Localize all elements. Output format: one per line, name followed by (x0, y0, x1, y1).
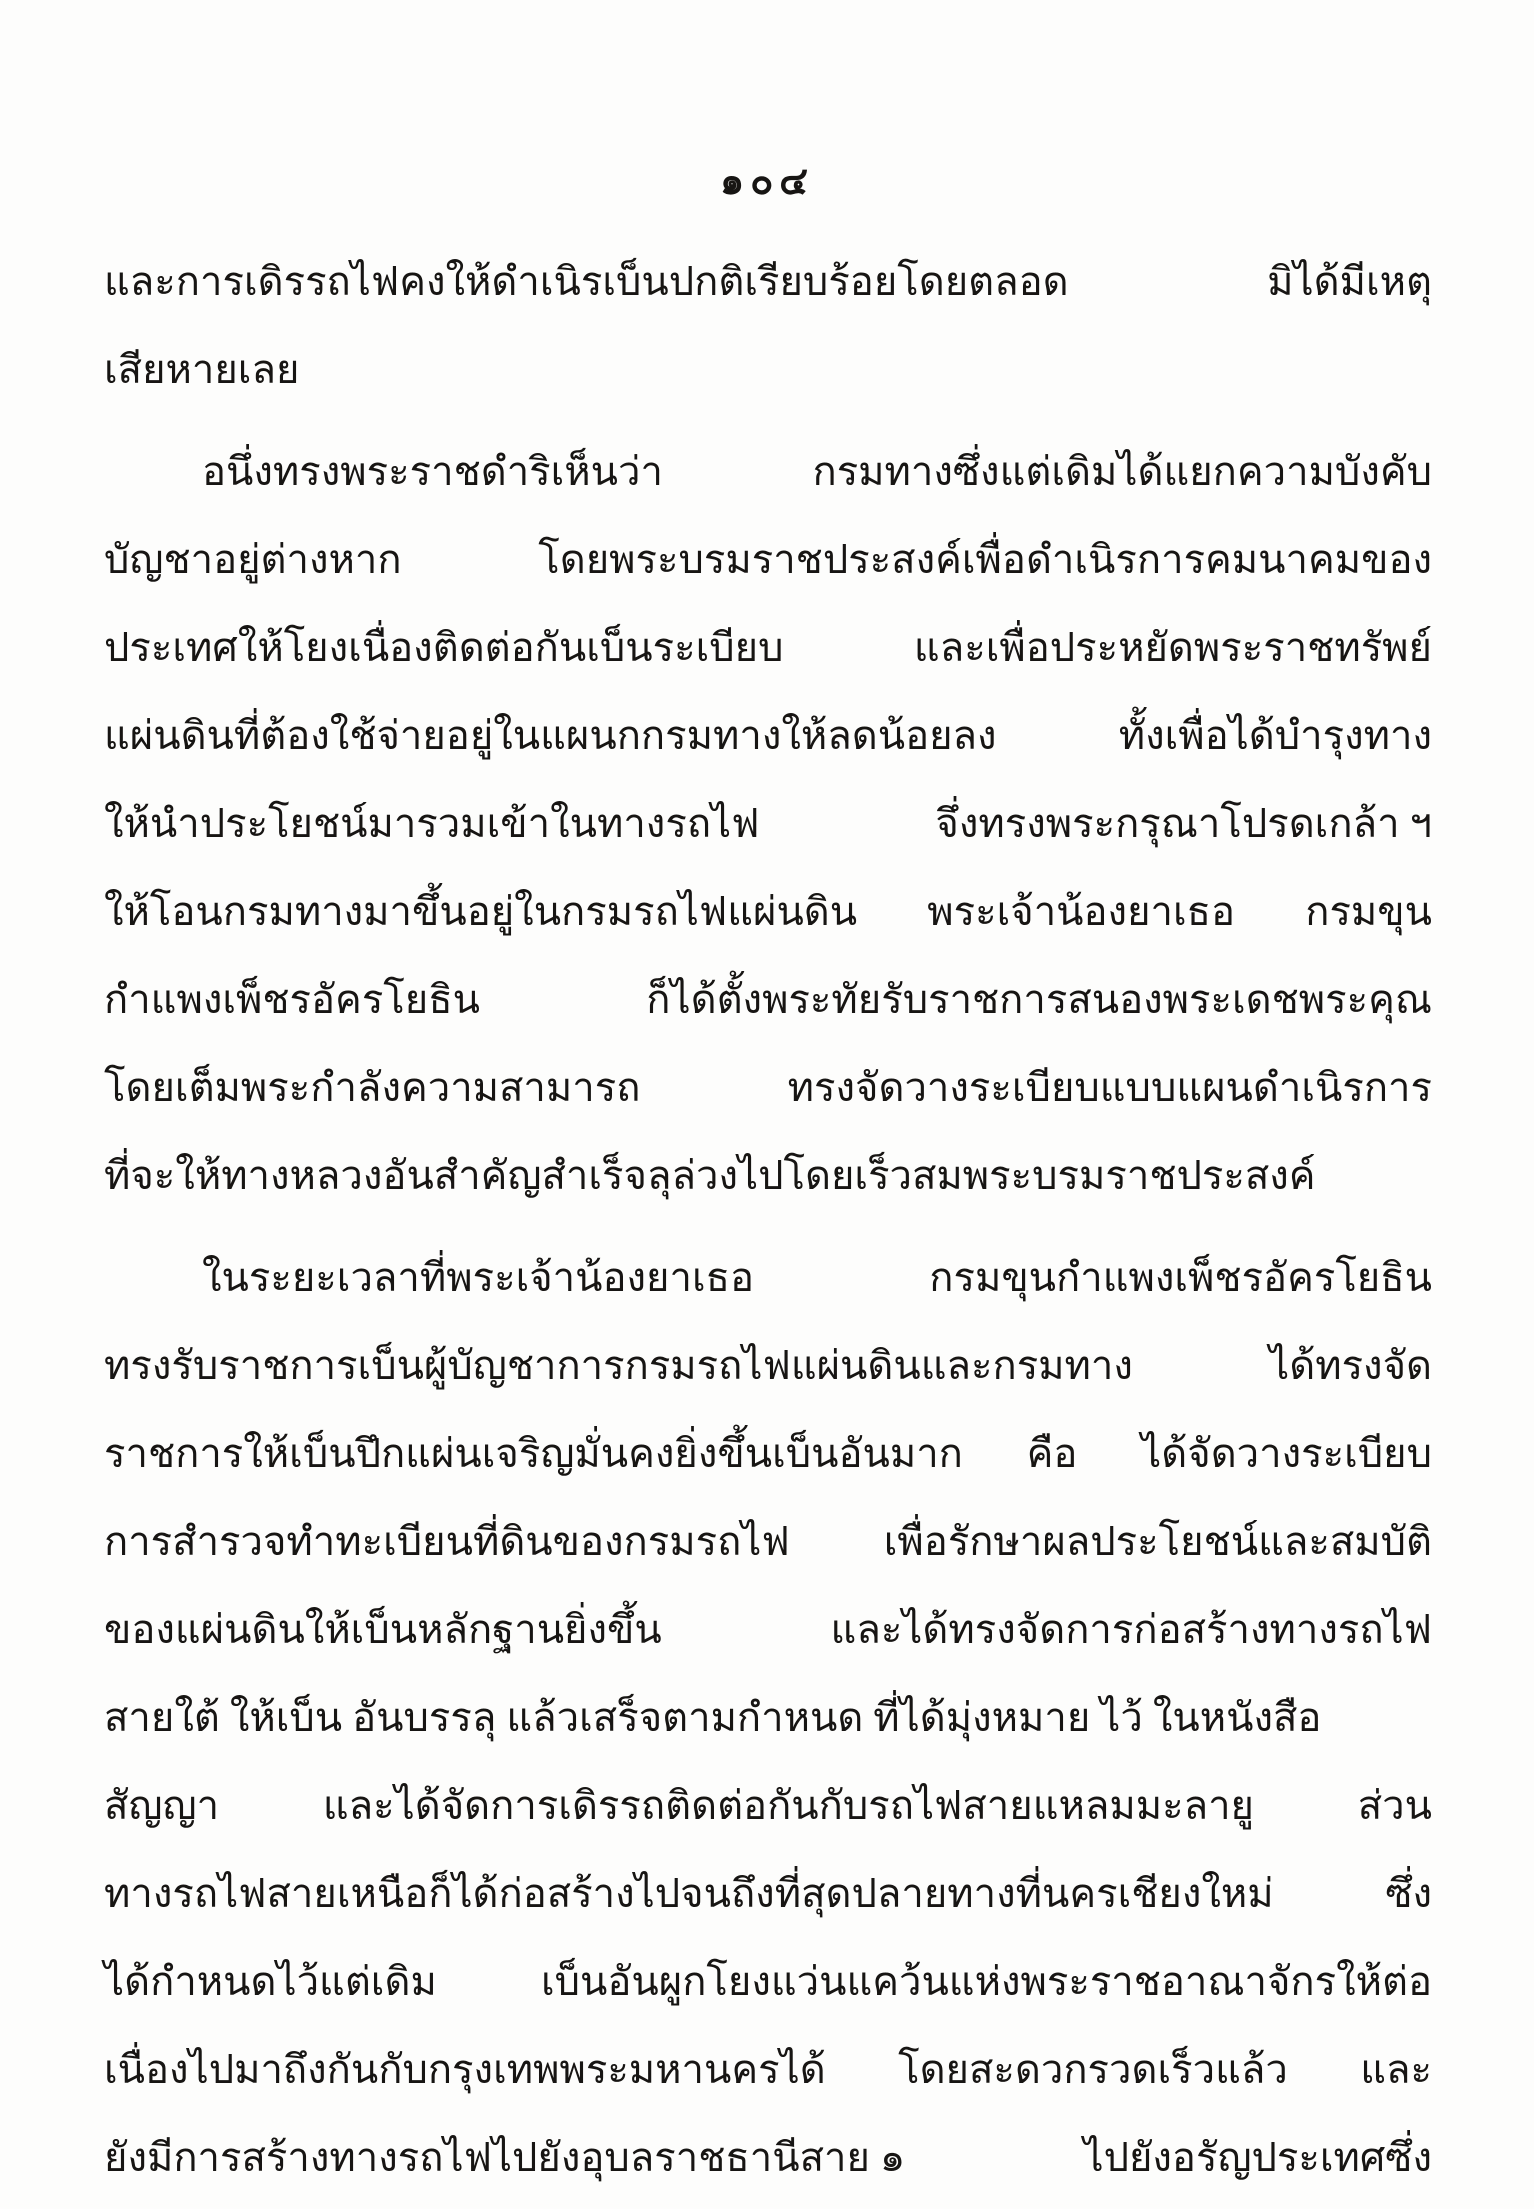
text-line: สายใต้ ให้เบ็น อันบรรลุ แล้วเสร็จตามกำหน… (104, 1674, 1432, 1762)
text-segment: โดยพระบรมราชประสงค์เพื่อดำเนิรการคมนาคมข… (538, 516, 1432, 604)
text-segment: โดยสะดวกรวดเร็วแล้ว (898, 2026, 1288, 2114)
text-segment: และ (1360, 2026, 1432, 2114)
text-segment: กำแพงเพ็ชรอัครโยธิน (104, 956, 480, 1044)
text-line: เสียหายเลย (104, 326, 1432, 414)
text-line: ของแผ่นดินให้เบ็นหลักฐานยิ่งขึ้นและได้ทร… (104, 1586, 1432, 1674)
text-line: ทรงรับราชการเบ็นผู้บัญชาการกรมรถไฟแผ่นดิ… (104, 1322, 1432, 1410)
text-line: ให้นำประโยชน์มารวมเข้าในทางรถไฟจึ่งทรงพร… (104, 780, 1432, 868)
text-line: ทางรถไฟสายเหนือก็ได้ก่อสร้างไปจนถึงที่สุ… (104, 1850, 1432, 1938)
page-number: ๑๐๔ (0, 150, 1534, 211)
text-body: และการเดิรรถไฟคงให้ดำเนิรเบ็นปกติเรียบร้… (104, 238, 1432, 2202)
text-segment: คือ (1027, 1410, 1078, 1498)
text-segment: ส่วน (1358, 1762, 1432, 1850)
text-segment: และเพื่อประหยัดพระราชทรัพย์ (914, 604, 1432, 692)
text-segment: ทรงจัดวางระเบียบแบบแผนดำเนิรการ (788, 1044, 1432, 1132)
text-segment: ก็ได้ตั้งพระทัยรับราชการสนองพระเดชพระคุณ (646, 956, 1432, 1044)
text-segment: เบ็นอันผูกโยงแว่นแคว้นแห่งพระราชอาณาจักร… (541, 1938, 1432, 2026)
text-line: ได้กำหนดไว้แต่เดิมเบ็นอันผูกโยงแว่นแคว้น… (104, 1938, 1432, 2026)
text-line: และการเดิรรถไฟคงให้ดำเนิรเบ็นปกติเรียบร้… (104, 238, 1432, 326)
text-segment: ที่จะให้ทางหลวงอันสำคัญสำเร็จลุล่วงไปโดย… (104, 1132, 1316, 1220)
text-segment: จึ่งทรงพระกรุณาโปรดเกล้า ฯ (935, 780, 1432, 868)
text-segment: กรมทางซึ่งแต่เดิมได้แยกความบังคับ (812, 428, 1432, 516)
text-segment: กรมขุน (1305, 868, 1432, 956)
text-line: ราชการให้เบ็นปึกแผ่นเจริญมั่นคงยิ่งขึ้นเ… (104, 1410, 1432, 1498)
text-line: อนึ่งทรงพระราชดำริเห็นว่ากรมทางซึ่งแต่เด… (104, 428, 1432, 516)
text-segment: แผ่นดินที่ต้องใช้จ่ายอยู่ในแผนกกรมทางให้… (104, 692, 997, 780)
text-segment: อนึ่งทรงพระราชดำริเห็นว่า (202, 428, 663, 516)
text-line: สัญญาและได้จัดการเดิรรถติดต่อกันกับรถไฟส… (104, 1762, 1432, 1850)
text-segment: สายใต้ ให้เบ็น อันบรรลุ แล้วเสร็จตามกำหน… (104, 1674, 1321, 1762)
text-segment: ได้จัดวางระเบียบ (1141, 1410, 1432, 1498)
text-segment: ทรงรับราชการเบ็นผู้บัญชาการกรมรถไฟแผ่นดิ… (104, 1322, 1133, 1410)
text-line: ยังมีการสร้างทางรถไฟไปยังอุบลราชธานีสาย … (104, 2114, 1432, 2202)
text-segment: ทางรถไฟสายเหนือก็ได้ก่อสร้างไปจนถึงที่สุ… (104, 1850, 1274, 1938)
text-segment: ให้นำประโยชน์มารวมเข้าในทางรถไฟ (104, 780, 759, 868)
text-segment: เพื่อรักษาผลประโยชน์และสมบัติ (884, 1498, 1432, 1586)
text-segment: การสำรวจทำทะเบียนที่ดินของกรมรถไฟ (104, 1498, 790, 1586)
text-segment: และการเดิรรถไฟคงให้ดำเนิรเบ็นปกติเรียบร้… (104, 238, 1069, 326)
text-segment: พระเจ้าน้องยาเธอ (927, 868, 1235, 956)
text-segment: เสียหายเลย (104, 326, 299, 414)
text-segment: โดยเต็มพระกำลังความสามารถ (104, 1044, 640, 1132)
text-segment: ทั้งเพื่อได้บำรุงทาง (1119, 692, 1432, 780)
text-segment: ให้โอนกรมทางมาขึ้นอยู่ในกรมรถไฟแผ่นดิน (104, 868, 857, 956)
text-segment: ไปยังอรัญประเทศซึ่ง (1083, 2114, 1432, 2202)
text-line: กำแพงเพ็ชรอัครโยธินก็ได้ตั้งพระทัยรับราช… (104, 956, 1432, 1044)
text-line: การสำรวจทำทะเบียนที่ดินของกรมรถไฟเพื่อรั… (104, 1498, 1432, 1586)
text-segment: ของแผ่นดินให้เบ็นหลักฐานยิ่งขึ้น (104, 1586, 662, 1674)
text-segment: กรมขุนกำแพงเพ็ชรอัครโยธิน (929, 1234, 1432, 1322)
text-line: ในระยะเวลาที่พระเจ้าน้องยาเธอกรมขุนกำแพง… (104, 1234, 1432, 1322)
text-segment: สัญญา (104, 1762, 219, 1850)
text-segment: และได้จัดการเดิรรถติดต่อกันกับรถไฟสายแหล… (323, 1762, 1254, 1850)
text-segment: มิได้มีเหตุ (1267, 238, 1432, 326)
text-line: เนื่องไปมาถึงกันกับกรุงเทพพระมหานครได้โด… (104, 2026, 1432, 2114)
text-line: ประเทศให้โยงเนื่องติดต่อกันเบ็นระเบียบแล… (104, 604, 1432, 692)
text-segment: ในระยะเวลาที่พระเจ้าน้องยาเธอ (202, 1234, 754, 1322)
text-segment: ซึ่ง (1385, 1850, 1432, 1938)
text-segment: ยังมีการสร้างทางรถไฟไปยังอุบลราชธานีสาย … (104, 2114, 905, 2202)
scanned-document-page: ๑๐๔ และการเดิรรถไฟคงให้ดำเนิรเบ็นปกติเรี… (0, 0, 1534, 2209)
text-segment: ได้ทรงจัด (1269, 1322, 1432, 1410)
text-segment: ได้กำหนดไว้แต่เดิม (104, 1938, 437, 2026)
text-segment: เนื่องไปมาถึงกันกับกรุงเทพพระมหานครได้ (104, 2026, 826, 2114)
text-line: บัญชาอยู่ต่างหากโดยพระบรมราชประสงค์เพื่อ… (104, 516, 1432, 604)
text-segment: ประเทศให้โยงเนื่องติดต่อกันเบ็นระเบียบ (104, 604, 784, 692)
text-line: แผ่นดินที่ต้องใช้จ่ายอยู่ในแผนกกรมทางให้… (104, 692, 1432, 780)
text-segment: และได้ทรงจัดการก่อสร้างทางรถไฟ (831, 1586, 1432, 1674)
text-line: ที่จะให้ทางหลวงอันสำคัญสำเร็จลุล่วงไปโดย… (104, 1132, 1432, 1220)
text-segment: ราชการให้เบ็นปึกแผ่นเจริญมั่นคงยิ่งขึ้นเ… (104, 1410, 963, 1498)
text-line: โดยเต็มพระกำลังความสามารถทรงจัดวางระเบีย… (104, 1044, 1432, 1132)
text-segment: บัญชาอยู่ต่างหาก (104, 516, 402, 604)
text-line: ให้โอนกรมทางมาขึ้นอยู่ในกรมรถไฟแผ่นดินพร… (104, 868, 1432, 956)
